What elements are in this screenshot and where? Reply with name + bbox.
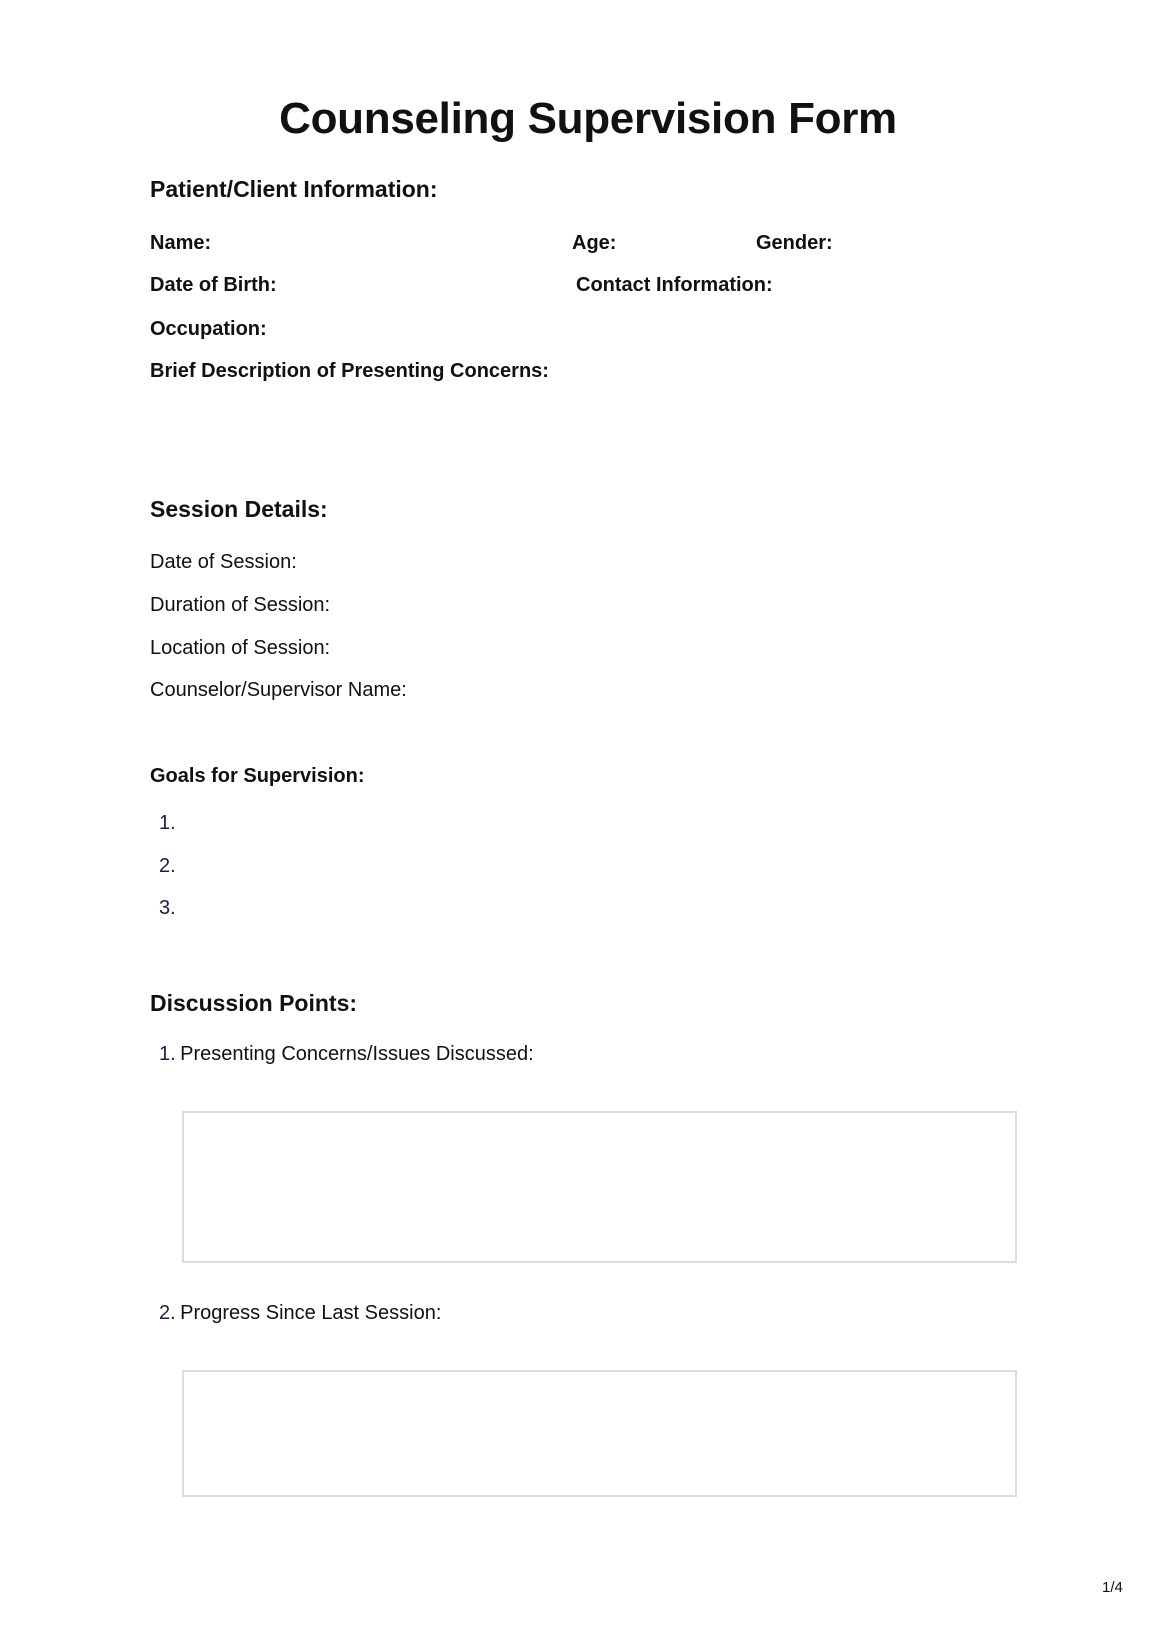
goal-item-3: 3. <box>159 897 176 920</box>
counselor-name-label: Counselor/Supervisor Name: <box>150 679 407 702</box>
goal-item-1: 1. <box>159 812 176 835</box>
occupation-label: Occupation: <box>150 318 267 341</box>
discussion-item-2-label: Progress Since Last Session: <box>180 1302 441 1324</box>
goals-heading: Goals for Supervision: <box>150 765 364 788</box>
gender-label: Gender: <box>756 232 833 255</box>
form-title: Counseling Supervision Form <box>0 94 1176 144</box>
discussion-item-1-label: Presenting Concerns/Issues Discussed: <box>180 1043 534 1065</box>
session-details-heading: Session Details: <box>150 496 328 523</box>
discussion-item-2: 2. Progress Since Last Session: <box>159 1302 441 1325</box>
goal-item-2: 2. <box>159 855 176 878</box>
presenting-concerns-textbox[interactable] <box>182 1111 1017 1263</box>
discussion-item-1-number: 1. <box>159 1043 176 1065</box>
duration-of-session-label: Duration of Session: <box>150 594 330 617</box>
location-of-session-label: Location of Session: <box>150 637 330 660</box>
discussion-item-2-number: 2. <box>159 1302 176 1324</box>
presenting-concerns-label: Brief Description of Presenting Concerns… <box>150 360 549 383</box>
discussion-points-heading: Discussion Points: <box>150 990 357 1017</box>
dob-label: Date of Birth: <box>150 274 277 297</box>
page-indicator: 1/4 <box>1102 1579 1123 1596</box>
name-label: Name: <box>150 232 211 255</box>
date-of-session-label: Date of Session: <box>150 551 297 574</box>
age-label: Age: <box>572 232 616 255</box>
contact-info-label: Contact Information: <box>576 274 773 297</box>
progress-since-last-session-textbox[interactable] <box>182 1370 1017 1497</box>
patient-info-heading: Patient/Client Information: <box>150 176 438 203</box>
discussion-item-1: 1. Presenting Concerns/Issues Discussed: <box>159 1043 534 1066</box>
